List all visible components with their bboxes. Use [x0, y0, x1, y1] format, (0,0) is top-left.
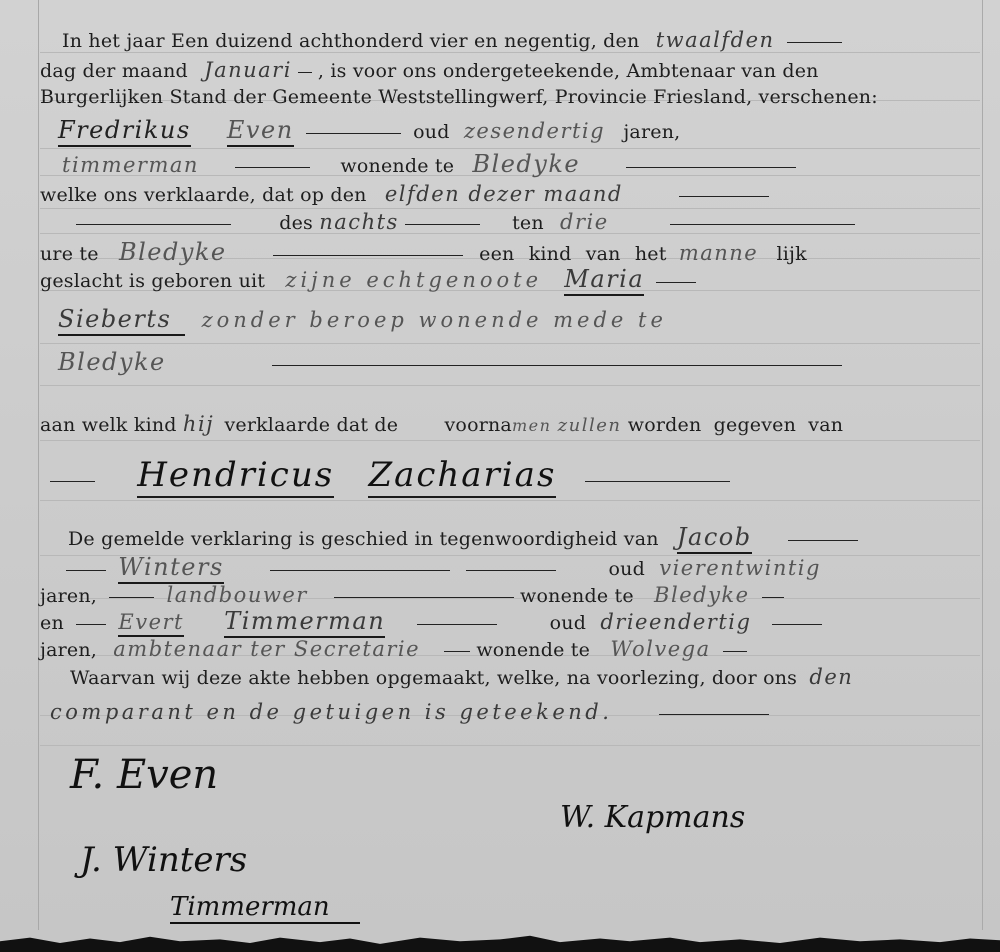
fill-line: [76, 224, 231, 225]
fill-line: [762, 597, 784, 598]
handwritten-witness2-age: drieendertig: [600, 610, 751, 634]
handwritten-article: den: [809, 665, 853, 689]
fill-line: [334, 597, 514, 598]
printed-text: aan welk kind: [40, 414, 177, 436]
printed-text: worden gegeven van: [628, 414, 843, 436]
document-page: In het jaar Een duizend achthonderd vier…: [0, 0, 1000, 952]
printed-text: geslacht is geboren uit: [40, 270, 265, 292]
fill-line: [679, 196, 769, 197]
handwritten-child-first-name: Hendricus: [137, 455, 334, 498]
line-20: comparant en de getuigen is geteekend.: [50, 700, 775, 724]
handwritten-residence: Bledyke: [472, 150, 580, 178]
fill-line: [723, 651, 747, 652]
fill-line: [298, 72, 312, 73]
line-16: jaren, landbouwer wonende te Bledyke: [40, 583, 790, 607]
handwritten-month: Januari: [204, 58, 292, 82]
fill-line: [405, 224, 480, 225]
fill-line: [787, 42, 842, 43]
signature-registrar: W. Kapmans: [560, 800, 745, 835]
handwritten-witness1-surname: Winters: [118, 553, 224, 584]
printed-text: en: [40, 612, 64, 634]
printed-text: wonende te: [520, 585, 634, 607]
fill-line: [659, 714, 769, 715]
right-margin-rule: [982, 0, 983, 930]
fill-line: [670, 224, 855, 225]
fill-line: [788, 540, 858, 541]
line-18: jaren, ambtenaar ter Secretarie wonende …: [40, 637, 753, 661]
line-11: Bledyke: [58, 348, 848, 376]
fill-line: [626, 167, 796, 168]
fill-line: [272, 365, 842, 366]
fill-line: [306, 133, 401, 134]
handwritten-day: twaalfden: [656, 28, 775, 52]
printed-text: een kind van het: [479, 243, 666, 265]
line-5: timmerman wonende te Bledyke: [62, 150, 802, 178]
line-13: Hendricus Zacharias: [40, 455, 736, 495]
fill-line: [444, 651, 470, 652]
handwritten-witness2-occupation: ambtenaar ter Secretarie: [113, 637, 420, 661]
printed-text: wonende te: [476, 639, 590, 661]
fill-line: [76, 624, 106, 625]
printed-text: jaren,: [623, 121, 680, 143]
handwritten-witness1-occupation: landbouwer: [167, 583, 308, 607]
handwritten-mother-first-name: Maria: [564, 265, 644, 296]
handwritten-verb: zullen: [558, 415, 622, 436]
fill-line: [656, 282, 696, 283]
printed-text: oud: [609, 558, 645, 580]
handwritten-age: zesendertig: [464, 119, 605, 143]
line-8: ure te Bledyke een kind van het manne li…: [40, 238, 807, 266]
printed-text: , is voor ons ondergeteekende, Ambtenaar…: [318, 60, 819, 82]
line-6: welke ons verklaarde, dat op den elfden …: [40, 182, 775, 206]
line-14: De gemelde verklaring is geschied in teg…: [68, 523, 864, 551]
handwritten-sex: manne: [679, 241, 758, 265]
printed-text: voorna: [445, 414, 512, 436]
printed-text: In het jaar Een duizend achthonderd vier…: [62, 30, 639, 52]
line-4: Fredrikus Even oud zesendertig jaren,: [58, 116, 680, 144]
fill-line: [50, 481, 95, 482]
handwritten-declarant-surname: Even: [227, 116, 294, 147]
line-17: en Evert Timmerman oud drieendertig: [40, 607, 828, 635]
handwritten-mother-details: zonder beroep wonende mede te: [202, 308, 667, 332]
printed-text: oud: [550, 612, 586, 634]
line-9: geslacht is geboren uit zijne echtgenoot…: [40, 265, 702, 293]
fill-line: [417, 624, 497, 625]
printed-text: des: [279, 212, 313, 234]
printed-text: jaren,: [40, 639, 97, 661]
printed-text: ten: [512, 212, 544, 234]
line-1: In het jaar Een duizend achthonderd vier…: [62, 28, 848, 52]
line-15: Winters oud vierentwintig: [60, 553, 821, 581]
fill-line: [109, 597, 154, 598]
fill-line: [772, 624, 822, 625]
fill-line: [270, 570, 450, 571]
printed-text: Burgerlijken Stand der Gemeente Weststel…: [40, 86, 878, 108]
printed-text: lijk: [777, 243, 807, 265]
signature-witness-1: J. Winters: [80, 840, 247, 880]
signature-declarant: F. Even: [70, 752, 218, 798]
printed-text: wonende te: [340, 155, 454, 177]
printed-text: dag der maand: [40, 60, 188, 82]
handwritten-birth-date: elfden dezer maand: [385, 182, 623, 206]
handwritten-witness2-first-name: Evert: [118, 610, 184, 637]
handwritten-mother-surname: Sieberts: [58, 305, 185, 336]
handwritten-child-second-name: Zacharias: [368, 455, 556, 498]
signature-witness-2: Timmerman: [170, 892, 360, 924]
handwritten-witness2-surname: Timmerman: [224, 607, 385, 638]
line-10: Sieberts zonder beroep wonende mede te: [58, 305, 667, 333]
line-3: Burgerlijken Stand der Gemeente Weststel…: [40, 86, 878, 108]
handwritten-birthplace: Bledyke: [119, 238, 227, 266]
handwritten-occupation: timmerman: [62, 153, 199, 177]
printed-text: oud: [413, 121, 449, 143]
line-7: des nachts ten drie: [70, 210, 861, 234]
line-2: dag der maand Januari, is voor ons onder…: [40, 58, 819, 82]
printed-text: De gemelde verklaring is geschied in teg…: [68, 528, 659, 550]
handwritten-relation: zijne echtgenoote: [285, 268, 542, 292]
handwritten-hour: drie: [560, 210, 609, 234]
line-12: aan welk kind hij verklaarde dat de voor…: [40, 412, 843, 436]
left-margin-rule: [38, 0, 39, 930]
printed-text: Waarvan wij deze akte hebben opgemaakt, …: [70, 667, 797, 689]
printed-text: jaren,: [40, 585, 97, 607]
line-19: Waarvan wij deze akte hebben opgemaakt, …: [70, 665, 853, 689]
fill-line: [273, 255, 463, 256]
handwritten-witness1-age: vierentwintig: [659, 556, 821, 580]
fill-line: [585, 481, 730, 482]
handwritten-witness1-residence: Bledyke: [654, 583, 750, 607]
handwritten-time-of-day: nachts: [319, 210, 399, 234]
printed-text: ure te: [40, 243, 99, 265]
scan-bottom-edge: [0, 934, 1000, 952]
fill-line: [66, 570, 106, 571]
handwritten-pronoun: hij: [183, 412, 214, 436]
handwritten-witness2-residence: Wolvega: [610, 637, 710, 661]
printed-text: welke ons verklaarde, dat op den: [40, 184, 367, 206]
handwritten-closing: comparant en de getuigen is geteekend.: [50, 700, 612, 724]
fill-line: [235, 167, 310, 168]
handwritten-plural-suffix: men: [512, 416, 551, 435]
handwritten-mother-residence: Bledyke: [58, 348, 166, 376]
fill-line: [466, 570, 556, 571]
handwritten-witness1-first-name: Jacob: [677, 523, 752, 554]
printed-text: verklaarde dat de: [224, 414, 398, 436]
handwritten-declarant-first-name: Fredrikus: [58, 116, 191, 147]
